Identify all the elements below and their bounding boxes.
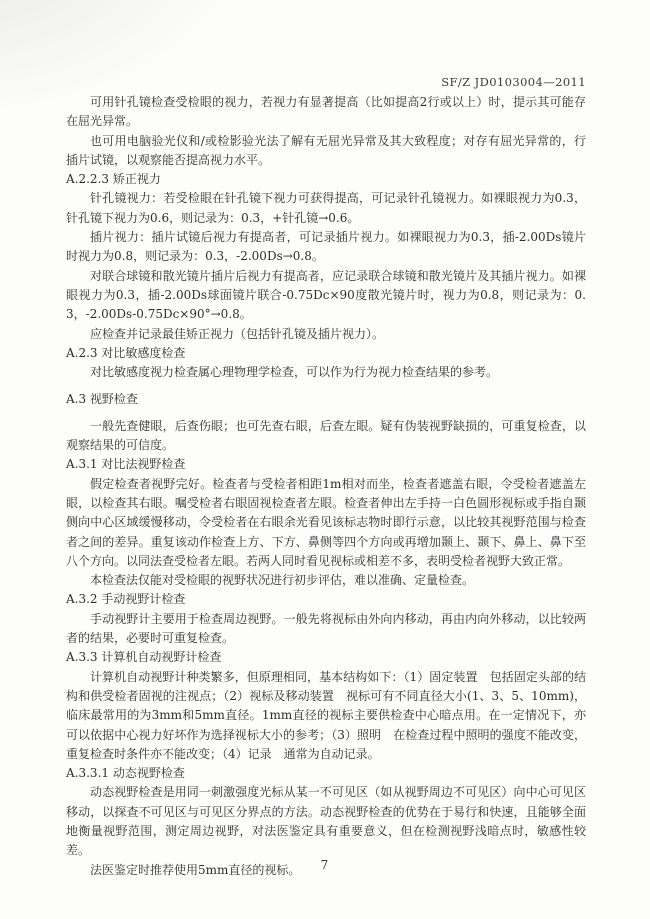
paragraph-pinhole-vision: 针孔镜视力：若受检眼在针孔镜下视力可获得提高，可记录针孔镜视力。如裸眼视力为0.… [66,189,586,228]
paragraph-manual-perimeter: 手动视野计主要用于检查周边视野。一般先将视标由外向内移动，再由内向外移动，以比较… [66,610,586,649]
paragraph-confrontation-method: 假定检查者视野完好。检查者与受检者相距1m相对而坐，检查者遮盖右眼，令受检者遮盖… [66,475,586,571]
clause-heading-a-2-3: A.2.3 对比敏感度检查 [66,344,586,363]
page-footer: 7 [0,854,650,873]
paragraph-refraction-check: 也可用电脑验光仪和/或检影验光法了解有无屈光异常及其大致程度；对存有屈光异常的，… [66,132,586,171]
paragraph-contrast-sensitivity: 对比敏感度视力检查属心理物理学检查，可以作为行为视力检查结果的参考。 [66,363,586,382]
page-number: 7 [321,858,330,872]
clause-heading-a-3-3-1: A.3.3.1 动态视野检查 [66,764,586,783]
paragraph-combined-lens-vision: 对联合球镜和散光镜片插片后视力有提高者，应记录联合球镜和散光镜片及其插片视力。如… [66,267,586,325]
document-page: SF/Z JD0103004—2011 可用针孔镜检查受检眼的视力，若视力有显著… [0,0,650,919]
running-header: SF/Z JD0103004—2011 [66,76,586,89]
standard-number: SF/Z JD0103004—2011 [441,75,586,89]
clause-heading-a-3-3: A.3.3 计算机自动视野计检查 [66,648,586,667]
paragraph-exam-order: 一般先查健眼，后查伤眼；也可先查右眼，后查左眼。疑有伪装视野缺损的，可重复检查，… [66,417,586,456]
clause-heading-a-3-2: A.3.2 手动视野计检查 [66,590,586,609]
document-body: 可用针孔镜检查受检眼的视力，若视力有显著提高（比如提高2行或以上）时，提示其可能… [66,93,586,880]
paragraph-auto-perimeter: 计算机自动视野计种类繁多，但原理相同，基本结构如下：（1）固定装置 包括固定头部… [66,668,586,764]
paragraph-pinhole-intro: 可用针孔镜检查受检眼的视力，若视力有显著提高（比如提高2行或以上）时，提示其可能… [66,93,586,132]
paragraph-best-corrected: 应检查并记录最佳矫正视力（包括针孔镜及插片视力）。 [66,325,586,344]
paragraph-kinetic-perimetry: 动态视野检查是用同一刺激强度光标从某一不可见区（如从视野周边不可见区）向中心可见… [66,783,586,860]
section-heading-a-3: A.3 视野检查 [66,390,586,409]
paragraph-lens-insert-vision: 插片视力：插片试镜后视力有提高者，可记录插片视力。如裸眼视力为0.3，插-2.0… [66,228,586,267]
clause-heading-a-2-2-3: A.2.2.3 矫正视力 [66,170,586,189]
paragraph-method-limitation: 本检查法仅能对受检眼的视野状况进行初步评估，难以准确、定量检查。 [66,571,586,590]
clause-heading-a-3-1: A.3.1 对比法视野检查 [66,455,586,474]
